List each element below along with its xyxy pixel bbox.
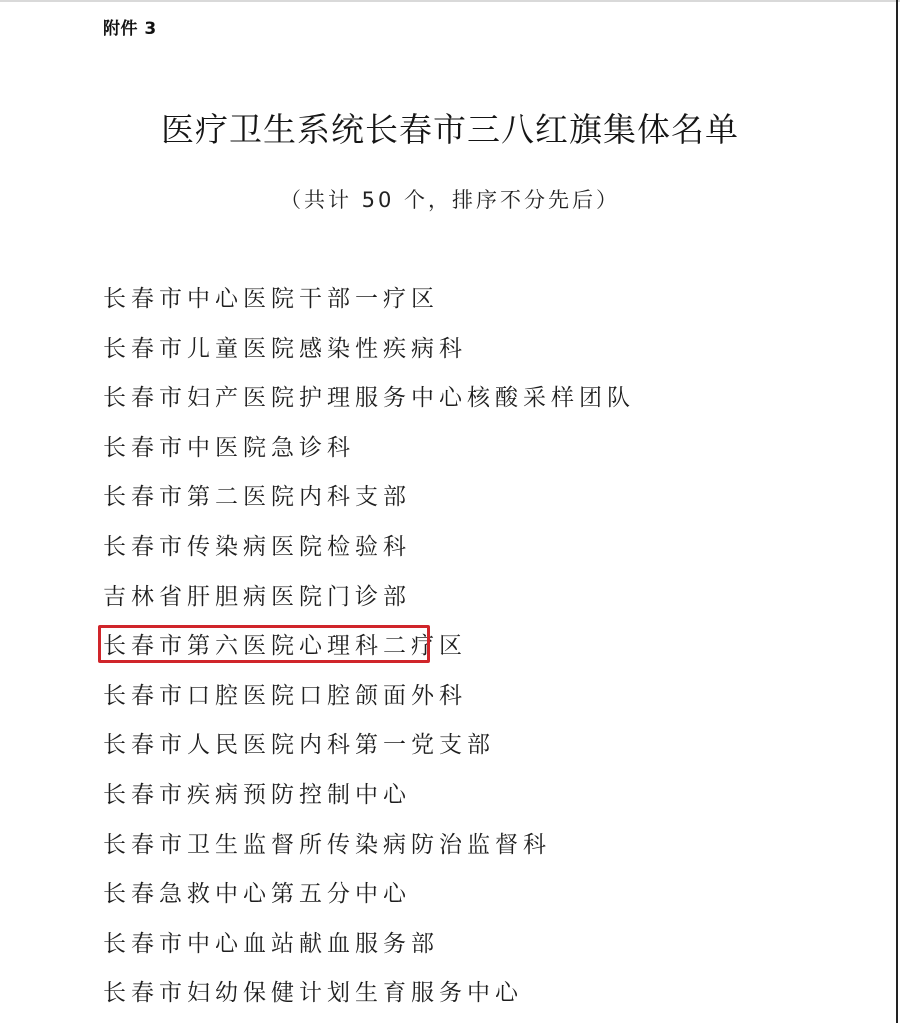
document-subtitle: （共计 50 个，排序不分先后） [0,184,900,214]
list-item: 长春市传染病医院检验科 [103,530,635,580]
list-item: 长春市疾病预防控制中心 [103,778,635,828]
document-title: 医疗卫生系统长春市三八红旗集体名单 [0,104,900,151]
list-item-text: 长春市第六医院心理科二疗区 [103,633,467,659]
list-item: 长春市儿童医院感染性疾病科 [103,332,635,382]
list-item-highlighted: 长春市第六医院心理科二疗区 [103,629,635,679]
page-right-border [896,0,898,1023]
honoree-list: 长春市中心医院干部一疗区 长春市儿童医院感染性疾病科 长春市妇产医院护理服务中心… [103,282,635,1023]
list-item: 吉林省肝胆病医院门诊部 [103,580,635,630]
page-top-border [0,0,900,2]
attachment-label: 附件 3 [103,14,157,39]
list-item: 长春市第二医院内科支部 [103,480,635,530]
list-item: 长春市中心血站献血服务部 [103,927,635,977]
list-item: 长春急救中心第五分中心 [103,877,635,927]
list-item: 长春市妇幼保健计划生育服务中心 [103,976,635,1023]
list-item: 长春市中医院急诊科 [103,431,635,481]
list-item: 长春市卫生监督所传染病防治监督科 [103,828,635,878]
list-item: 长春市中心医院干部一疗区 [103,282,635,332]
list-item: 长春市妇产医院护理服务中心核酸采样团队 [103,381,635,431]
list-item: 长春市人民医院内科第一党支部 [103,728,635,778]
list-item: 长春市口腔医院口腔颌面外科 [103,679,635,729]
